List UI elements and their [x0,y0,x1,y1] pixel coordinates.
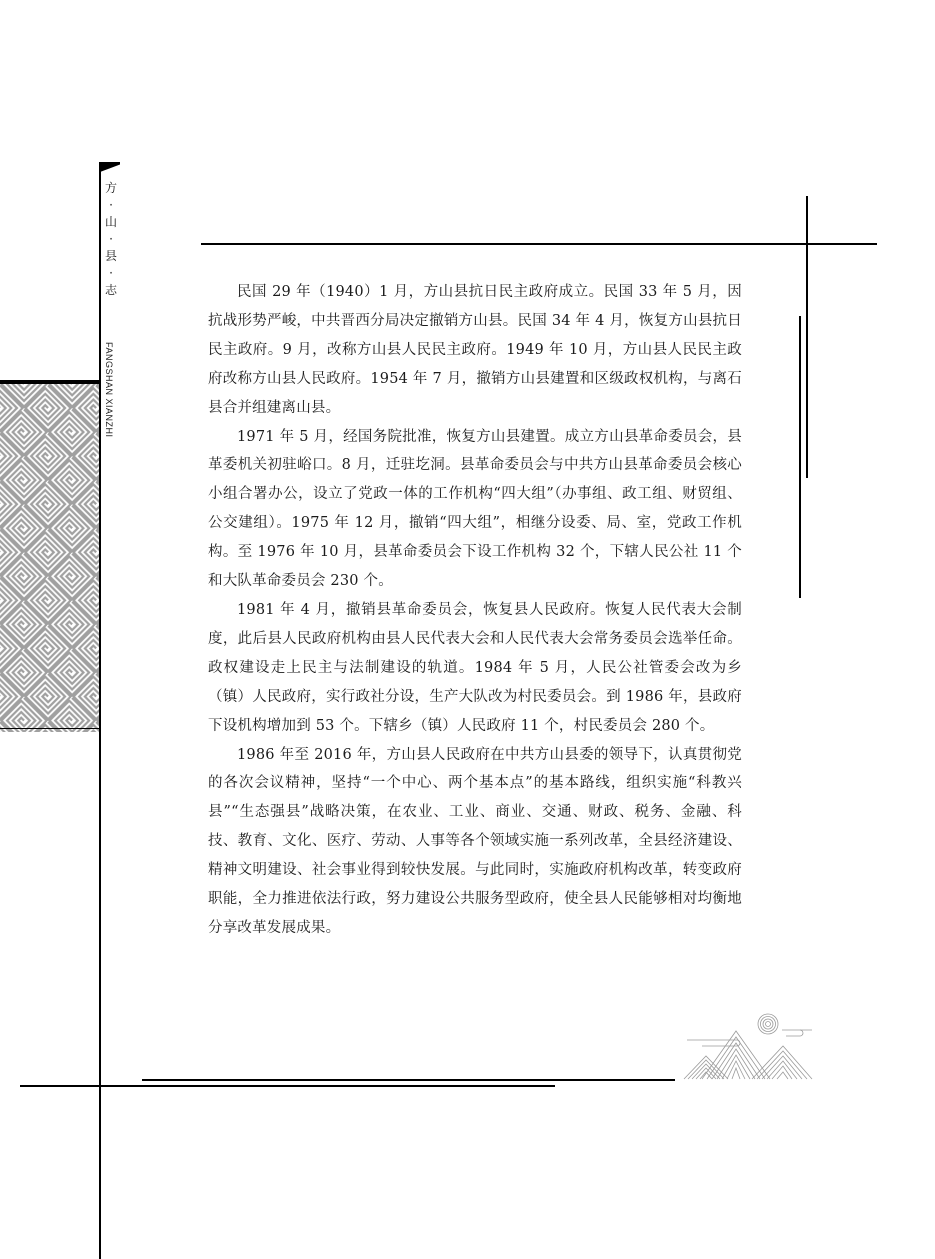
mountain-sun-ornament-icon [682,1012,814,1080]
book-title-char: · [103,265,119,282]
paragraph: 1981 年 4 月，撤销县革命委员会，恢复县人民政府。恢复人民代表大会制度，此… [208,596,742,741]
footer-rule-lower [20,1085,555,1087]
book-title-char: 志 [103,282,119,299]
body-text: 民国 29 年（1940）1 月，方山县抗日民主政府成立。民国 33 年 5 月… [208,278,742,943]
meander-pattern-icon [0,380,99,732]
book-title-vertical: 方 · 山 · 县 · 志 [103,180,119,299]
book-title-char: 山 [103,214,119,231]
margin-rule-vertical [799,316,801,598]
book-title-char: · [103,231,119,248]
paragraph: 民国 29 年（1940）1 月，方山县抗日民主政府成立。民国 33 年 5 月… [208,278,742,423]
pattern-bottom-rule [0,728,99,729]
header-rule [201,243,877,245]
book-title-char: 县 [103,248,119,265]
spine-rule [99,162,101,1259]
book-title-pinyin: FANGSHAN XIANZHI [104,342,114,438]
spine-cap-ornament [100,162,120,172]
book-title-char: 方 [103,180,119,197]
paragraph: 1986 年至 2016 年，方山县人民政府在中共方山县委的领导下，认真贯彻党的… [208,741,742,943]
crop-mark-vertical [806,196,808,478]
footer-rule-upper [142,1079,675,1081]
paragraph: 1971 年 5 月，经国务院批准，恢复方山县建置。成立方山县革命委员会，县革委… [208,423,742,596]
book-title-char: · [103,197,119,214]
